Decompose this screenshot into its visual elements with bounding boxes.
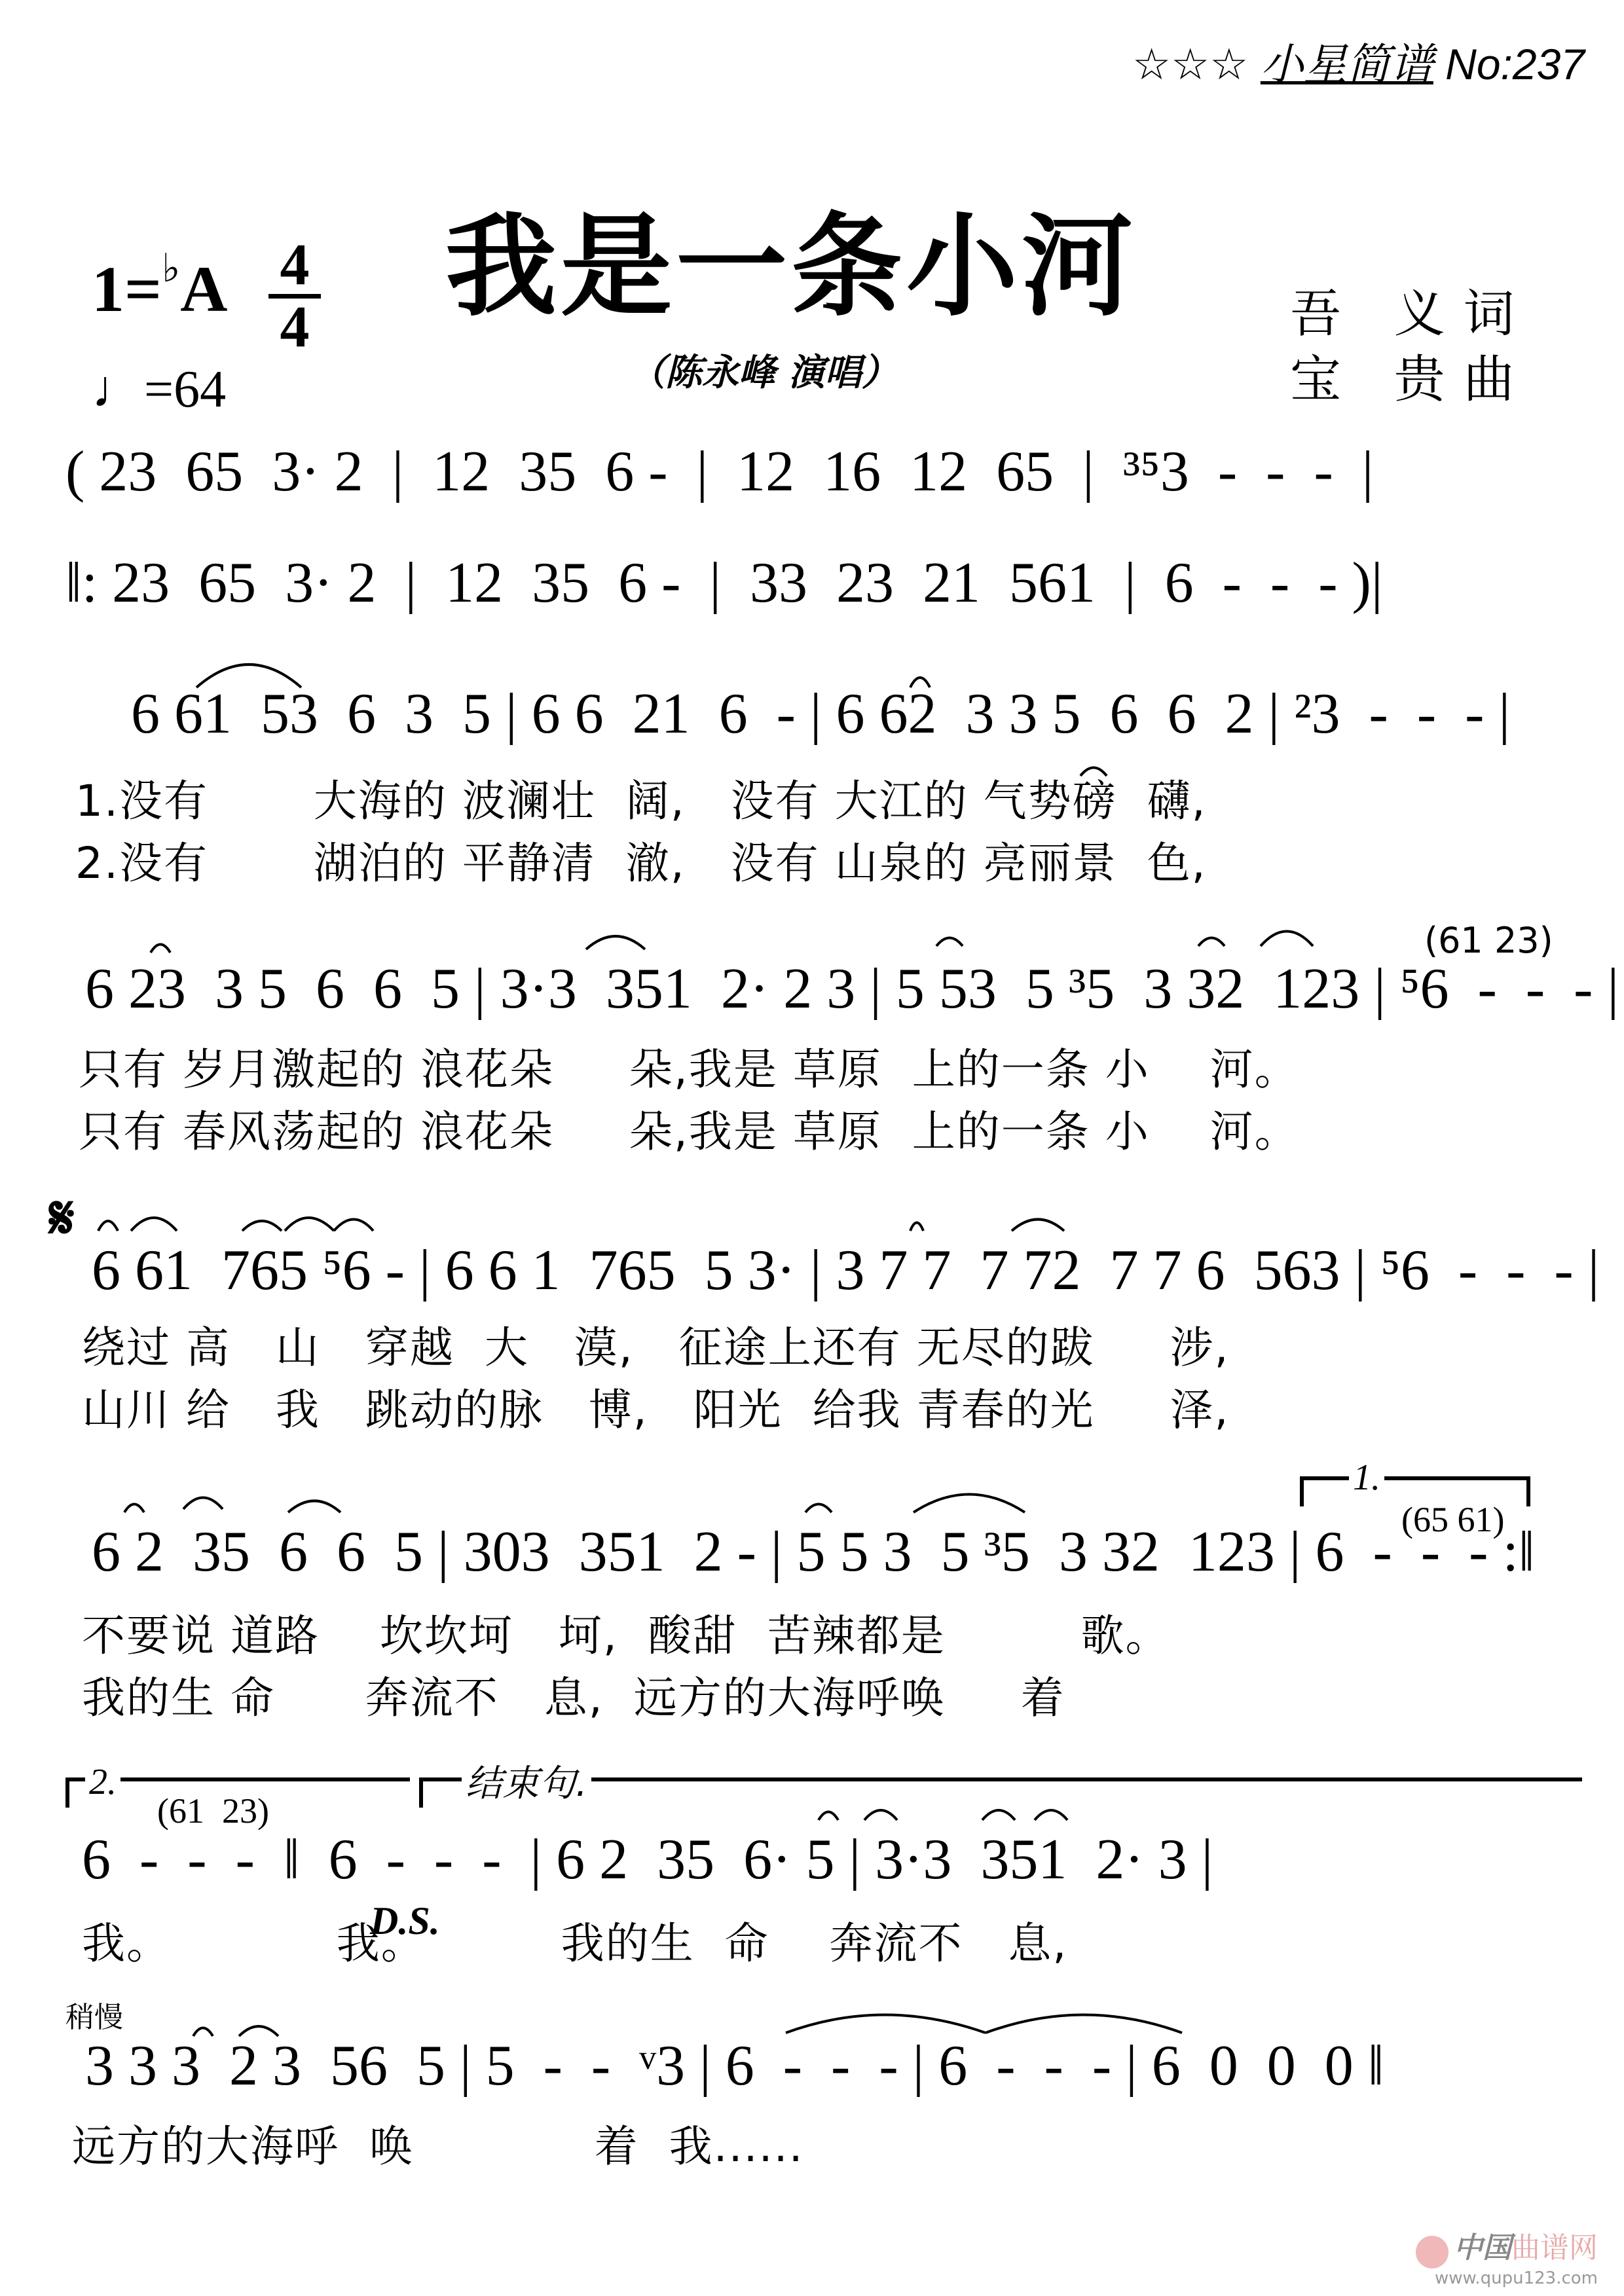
watermark-cn-right: 曲谱网 (1511, 2231, 1598, 2265)
watermark: 中国曲谱网 www.qupu123.com (1416, 2224, 1598, 2289)
slur-overlay (0, 0, 1624, 2296)
watermark-logo-icon (1416, 2236, 1449, 2269)
watermark-cn-left: 中国 (1454, 2231, 1511, 2265)
watermark-url: www.qupu123.com (1416, 2269, 1598, 2288)
